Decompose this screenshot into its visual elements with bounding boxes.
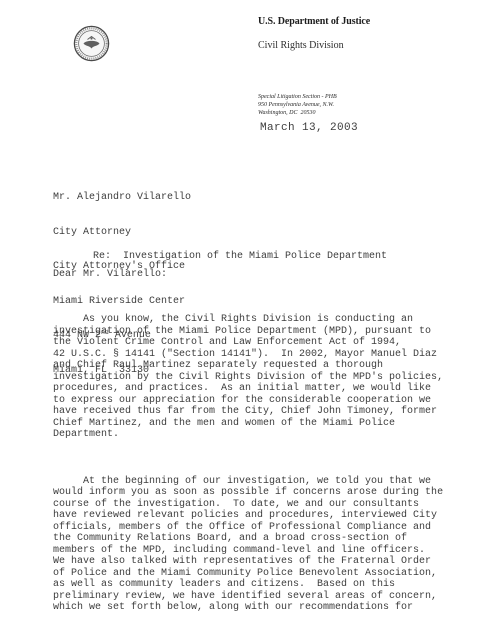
office-address-line2: 950 Pennsylvania Avenue, N.W. bbox=[258, 101, 337, 109]
paragraph-2: At the beginning of our investigation, w… bbox=[53, 476, 443, 614]
salutation: Dear Mr. Vilarello: bbox=[53, 269, 167, 280]
subject-text: Investigation of the Miami Police Depart… bbox=[123, 251, 387, 262]
letter-date: March 13, 2003 bbox=[260, 122, 358, 134]
agency-name: U.S. Department of Justice bbox=[258, 16, 370, 27]
letter-body: As you know, the Civil Rights Division i… bbox=[53, 291, 443, 637]
subject-label: Re: bbox=[93, 251, 111, 262]
recipient-name: Mr. Alejandro Vilarello bbox=[53, 192, 191, 204]
paragraph-1: As you know, the Civil Rights Division i… bbox=[53, 314, 443, 441]
doj-seal-icon bbox=[73, 25, 110, 62]
recipient-title: City Attorney bbox=[53, 227, 191, 239]
subject-line: Re:Investigation of the Miami Police Dep… bbox=[93, 251, 387, 262]
office-address-line1: Special Litigation Section - PHB bbox=[258, 93, 337, 101]
division-name: Civil Rights Division bbox=[258, 40, 344, 51]
office-address-block: Special Litigation Section - PHB 950 Pen… bbox=[258, 93, 337, 117]
letter-page: U.S. Department of Justice Civil Rights … bbox=[0, 0, 494, 639]
office-address-line3: Washington, DC 20530 bbox=[258, 109, 337, 117]
